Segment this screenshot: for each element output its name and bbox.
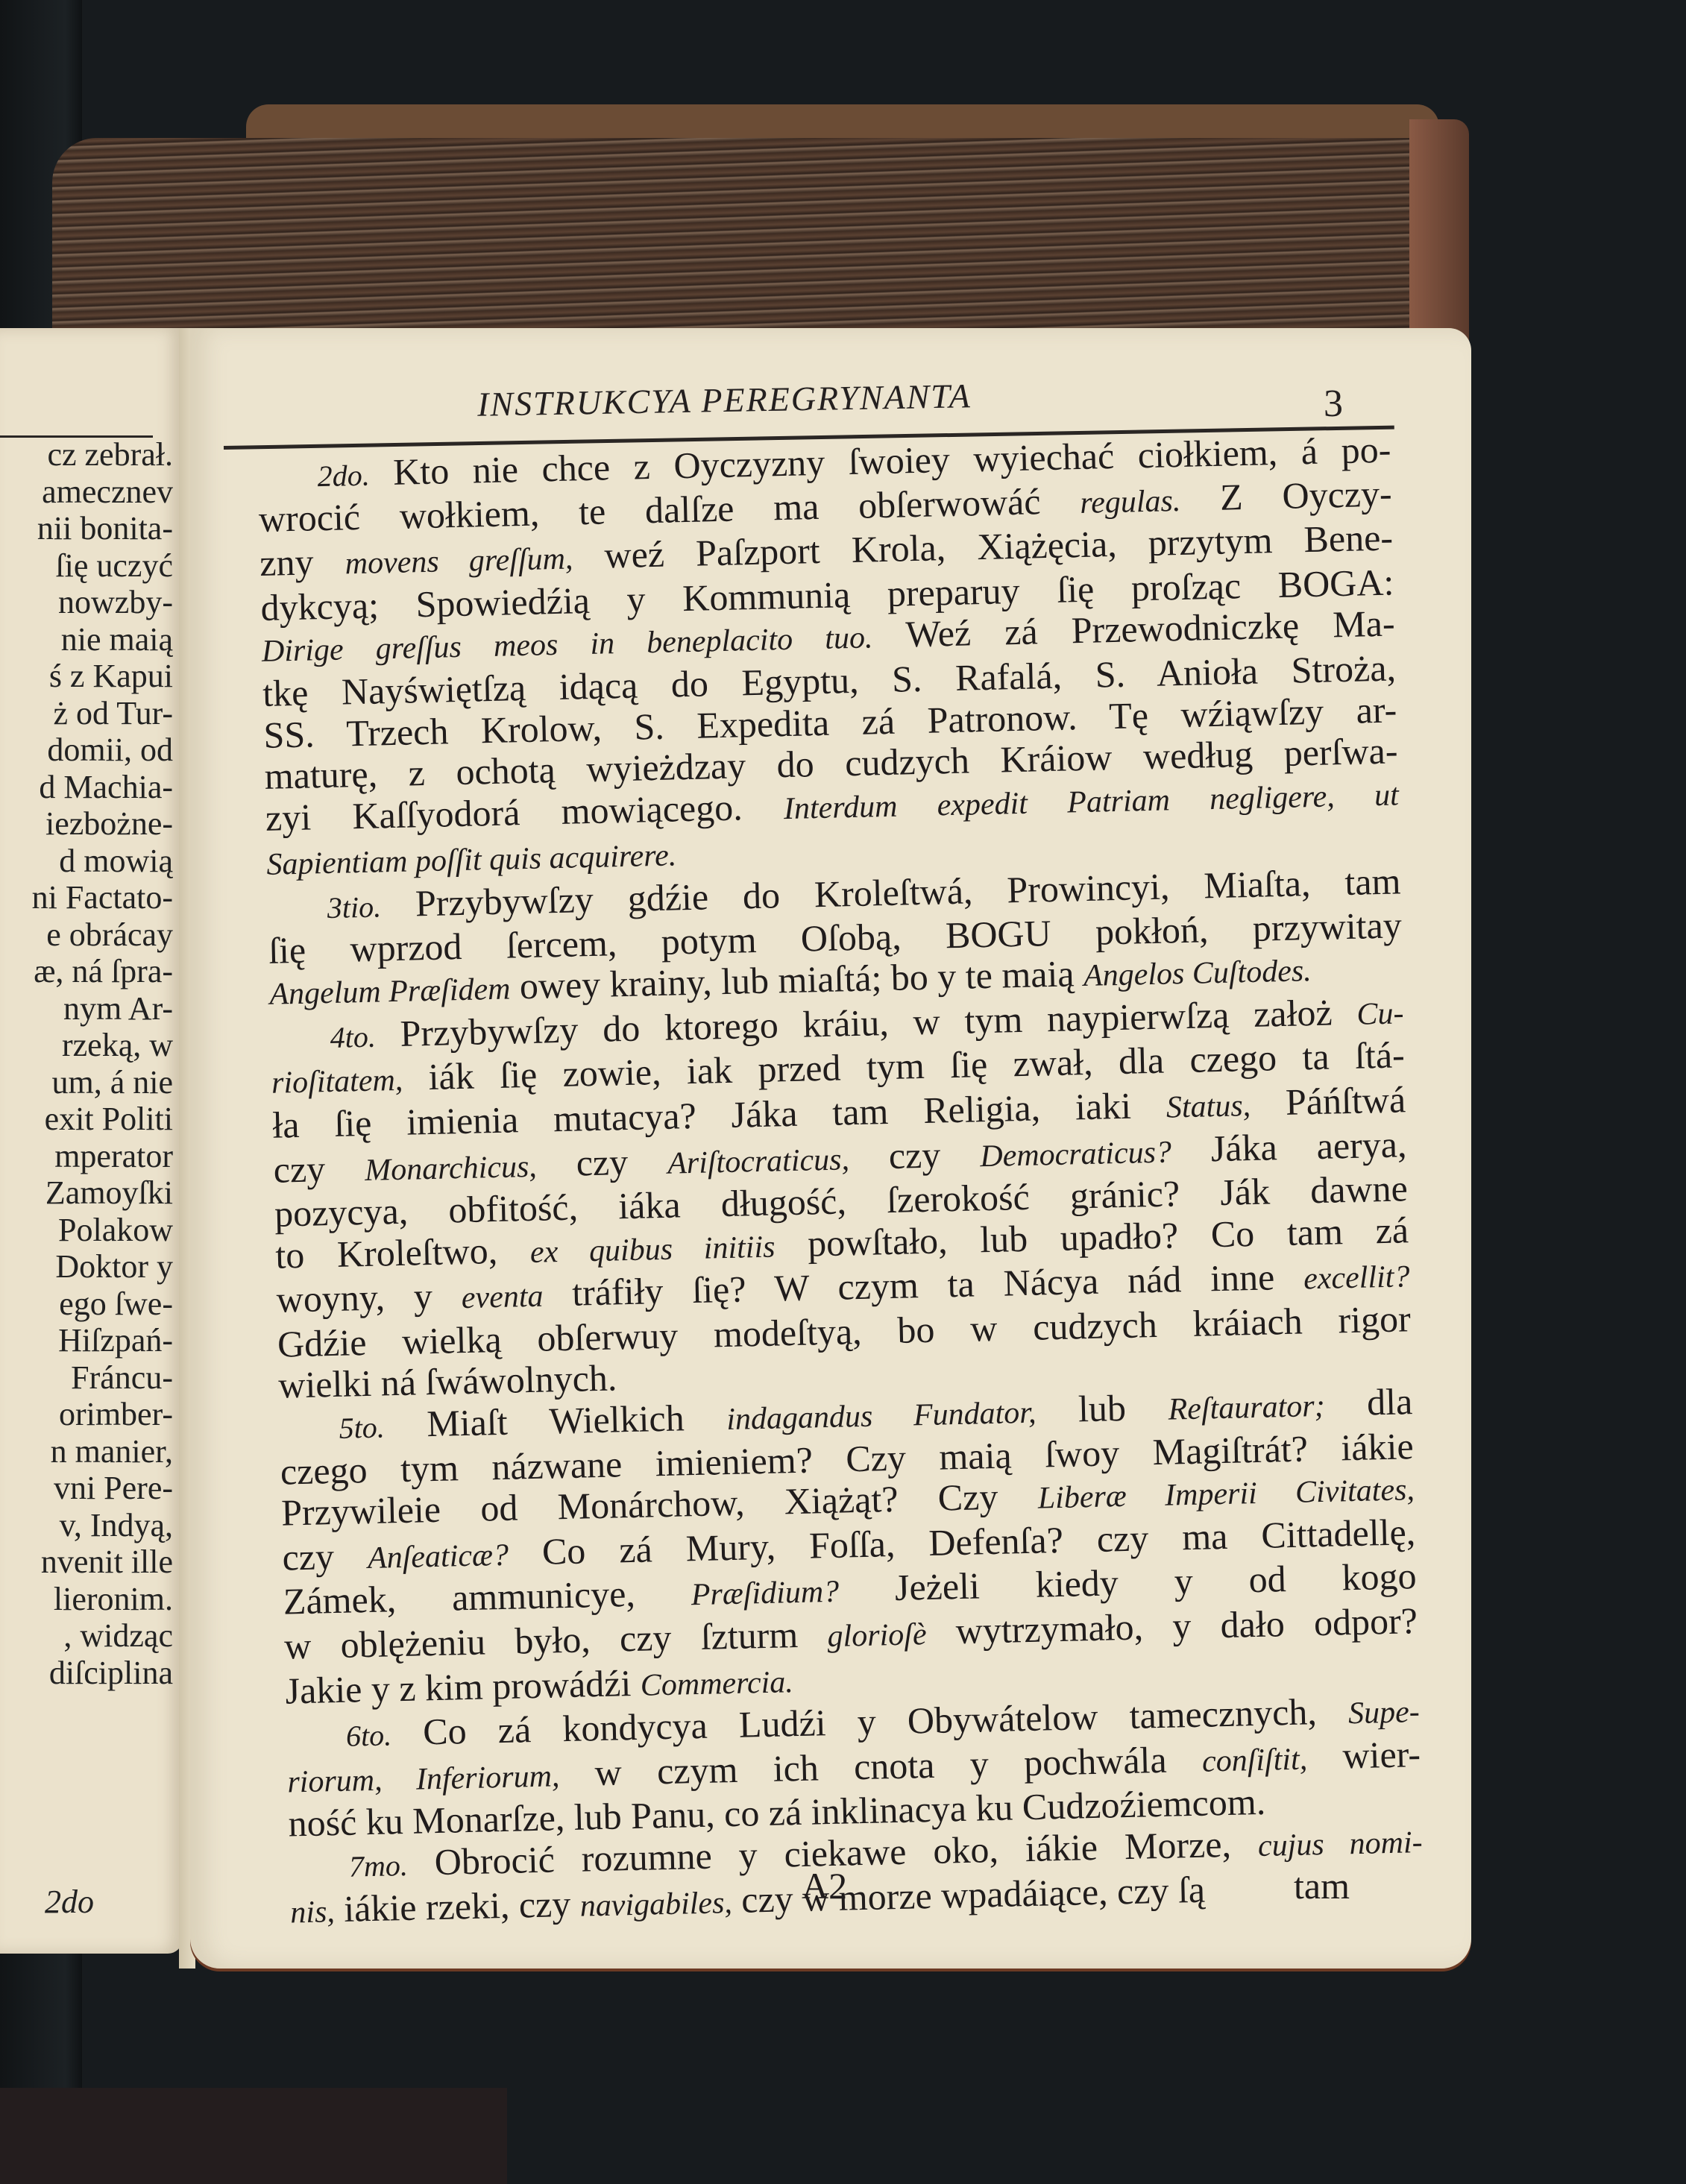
left-text-line: diſciplina	[0, 1655, 173, 1692]
left-text-line: ni Factato-	[0, 879, 173, 916]
left-text-line: mperator	[0, 1138, 173, 1175]
signature-mark: A2	[802, 1864, 847, 1907]
left-text-line: exit Politi	[0, 1101, 173, 1138]
left-text-line: lieronim.	[0, 1581, 173, 1618]
left-text-line: n manier,	[0, 1433, 173, 1470]
left-text-line: Zamoyſki	[0, 1174, 173, 1212]
left-text-line: ego ſwe-	[0, 1285, 173, 1323]
left-text-line: Polakow	[0, 1212, 173, 1249]
left-text-line: Hiſzpań-	[0, 1322, 173, 1359]
left-text-line: rzeką, w	[0, 1027, 173, 1064]
left-text-line: ś z Kapui	[0, 658, 173, 695]
left-text-line: nowzby-	[0, 584, 173, 621]
left-text-line: æ, ná ſpra-	[0, 953, 173, 990]
left-text-line: iezbożne-	[0, 805, 173, 843]
left-text-line: orimber-	[0, 1396, 173, 1433]
left-text-line: nii bonita-	[0, 510, 173, 547]
left-page-catchword: 2do	[45, 1883, 94, 1921]
left-text-line: v, Indyą,	[0, 1507, 173, 1544]
left-text-line: nvenit ille	[0, 1543, 173, 1581]
left-text-line: nym Ar-	[0, 990, 173, 1028]
left-text-line: ż od Tur-	[0, 695, 173, 732]
left-text-line: e obrácay	[0, 916, 173, 954]
page-number: 3	[1324, 382, 1343, 426]
left-page-text: cz zebrał.amecznevnii bonita-ſię uczyćno…	[0, 436, 173, 1691]
left-text-line: Doktor y	[0, 1248, 173, 1285]
left-text-line: d mowią	[0, 843, 173, 880]
left-text-line: Fráncu-	[0, 1359, 173, 1397]
left-text-line: , widząc	[0, 1617, 173, 1655]
catchword: tam	[1294, 1864, 1350, 1907]
left-text-line: domii, od	[0, 731, 173, 769]
page-body-text: 2do. Kto nie chce z Oyczyzny ſwoiey wyie…	[257, 429, 1424, 1934]
left-text-line: nie maią	[0, 621, 173, 658]
left-text-line: d Machia-	[0, 769, 173, 806]
left-text-line: ſię uczyć	[0, 547, 173, 585]
left-text-line: amecznev	[0, 473, 173, 511]
left-text-line: um, á nie	[0, 1064, 173, 1101]
left-text-line: cz zebrał.	[0, 436, 173, 473]
backdrop-floor	[0, 2088, 507, 2184]
left-text-line: vni Pere-	[0, 1470, 173, 1507]
